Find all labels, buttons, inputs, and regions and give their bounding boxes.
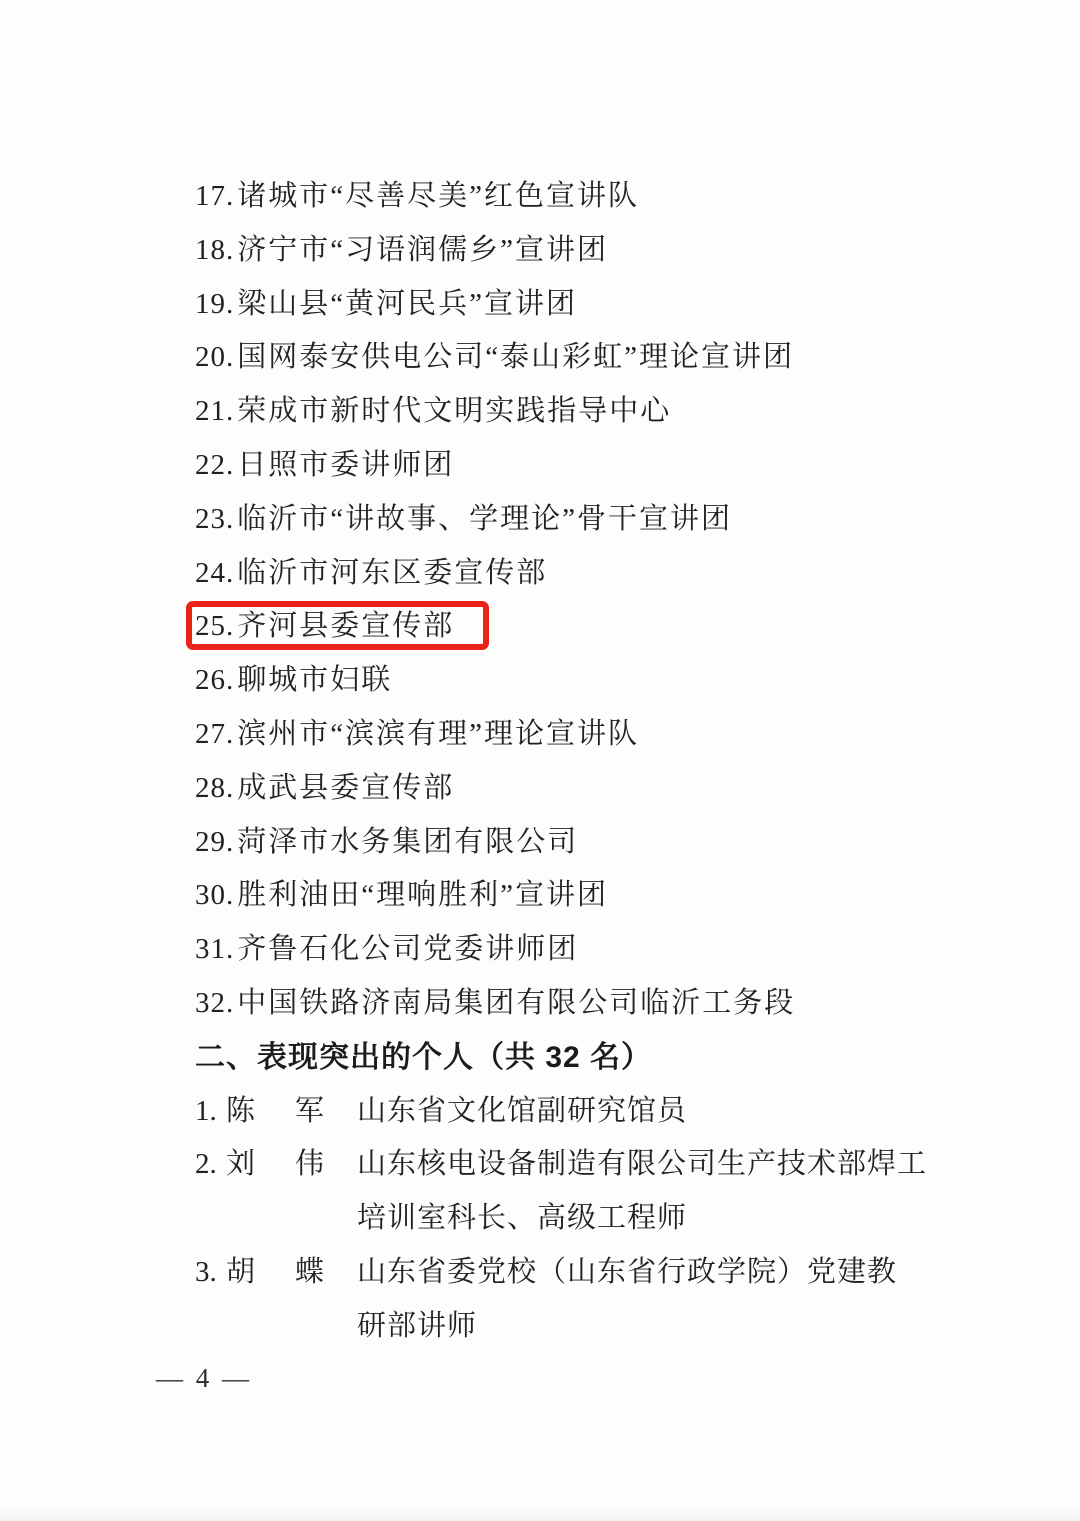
person-given-name: 伟 (295, 1138, 326, 1192)
item-text: 中国铁路济南局集团有限公司临沂工务段 (237, 987, 795, 1019)
item-number: 22. (195, 449, 234, 481)
org-list-item: 24.临沂市河东区委宣传部 (195, 547, 955, 601)
item-text: 滨州市“滨滨有理”理论宣讲队 (237, 718, 639, 750)
person-surname: 陈 (226, 1085, 258, 1139)
org-list-item: 29.菏泽市水务集团有限公司 (195, 816, 955, 870)
item-text: 聊城市妇联 (237, 664, 392, 696)
org-list-item: 21.荣成市新时代文明实践指导中心 (195, 385, 955, 439)
item-text: 国网泰安供电公司“泰山彩虹”理论宣讲团 (237, 341, 794, 373)
item-number: 30. (195, 879, 234, 911)
document-page: 17.诸城市“尽善尽美”红色宣讲队 18.济宁市“习语润儒乡”宣讲团 19.梁山… (0, 0, 1080, 1521)
item-text: 梁山县“黄河民兵”宣讲团 (237, 288, 577, 320)
item-text: 胜利油田“理响胜利”宣讲团 (237, 879, 608, 911)
item-text: 齐鲁石化公司党委讲师团 (237, 933, 578, 965)
person-surname: 刘 (226, 1138, 258, 1192)
item-number: 24. (195, 557, 234, 589)
org-list-item: 31.齐鲁石化公司党委讲师团 (195, 923, 955, 977)
item-number: 21. (195, 395, 234, 427)
individual-entry: 3. 胡 蝶 山东省委党校（山东省行政学院）党建教 研部讲师 (195, 1246, 955, 1354)
item-text: 诸城市“尽善尽美”红色宣讲队 (237, 180, 639, 212)
org-list-item: 27.滨州市“滨滨有理”理论宣讲队 (195, 708, 955, 762)
org-list-item: 20.国网泰安供电公司“泰山彩虹”理论宣讲团 (195, 331, 955, 385)
item-number: 19. (195, 288, 234, 320)
org-list-item-highlighted: 25.齐河县委宣传部 (195, 600, 955, 654)
item-number: 25. (195, 610, 234, 642)
org-list-item: 30.胜利油田“理响胜利”宣讲团 (195, 869, 955, 923)
person-number: 1. (195, 1085, 226, 1139)
item-number: 32. (195, 987, 234, 1019)
org-list-item: 32.中国铁路济南局集团有限公司临沂工务段 (195, 977, 955, 1031)
item-text: 菏泽市水务集团有限公司 (237, 826, 578, 858)
individual-entry: 2. 刘 伟 山东核电设备制造有限公司生产技术部焊工 培训室科长、高级工程师 (195, 1138, 955, 1246)
item-number: 28. (195, 772, 234, 804)
item-text: 日照市委讲师团 (237, 449, 454, 481)
item-text: 荣成市新时代文明实践指导中心 (237, 395, 671, 427)
person-given-name: 蝶 (295, 1246, 326, 1300)
item-text: 齐河县委宣传部 (237, 610, 454, 642)
item-number: 31. (195, 933, 234, 965)
item-text: 济宁市“习语润儒乡”宣讲团 (237, 234, 608, 266)
item-text: 临沂市河东区委宣传部 (237, 557, 547, 589)
page-number: — 4 — (156, 1354, 252, 1402)
person-surname: 胡 (226, 1246, 258, 1300)
person-number: 2. (195, 1138, 226, 1192)
item-number: 18. (195, 234, 234, 266)
org-list-item: 18.济宁市“习语润儒乡”宣讲团 (195, 224, 955, 278)
org-list-item: 23.临沂市“讲故事、学理论”骨干宣讲团 (195, 493, 955, 547)
person-title: 山东核电设备制造有限公司生产技术部焊工 培训室科长、高级工程师 (357, 1138, 942, 1246)
org-list-item: 26.聊城市妇联 (195, 654, 955, 708)
org-list-item: 19.梁山县“黄河民兵”宣讲团 (195, 278, 955, 332)
item-number: 20. (195, 341, 234, 373)
section-heading: 二、表现突出的个人（共 32 名） (195, 1031, 955, 1085)
individual-entry: 1. 陈 军 山东省文化馆副研究馆员 (195, 1085, 955, 1139)
org-list-item: 28.成武县委宣传部 (195, 762, 955, 816)
item-number: 26. (195, 664, 234, 696)
item-number: 27. (195, 718, 234, 750)
person-title: 山东省委党校（山东省行政学院）党建教 研部讲师 (357, 1246, 942, 1354)
person-given-name: 军 (295, 1085, 326, 1139)
item-number: 17. (195, 180, 234, 212)
item-number: 23. (195, 503, 234, 535)
person-title: 山东省文化馆副研究馆员 (357, 1085, 942, 1139)
org-list-item: 22.日照市委讲师团 (195, 439, 955, 493)
org-list-item: 17.诸城市“尽善尽美”红色宣讲队 (195, 170, 955, 224)
document-body: 17.诸城市“尽善尽美”红色宣讲队 18.济宁市“习语润儒乡”宣讲团 19.梁山… (195, 170, 955, 1354)
item-text: 临沂市“讲故事、学理论”骨干宣讲团 (237, 503, 732, 535)
item-number: 29. (195, 826, 234, 858)
item-text: 成武县委宣传部 (237, 772, 454, 804)
person-number: 3. (195, 1246, 226, 1300)
